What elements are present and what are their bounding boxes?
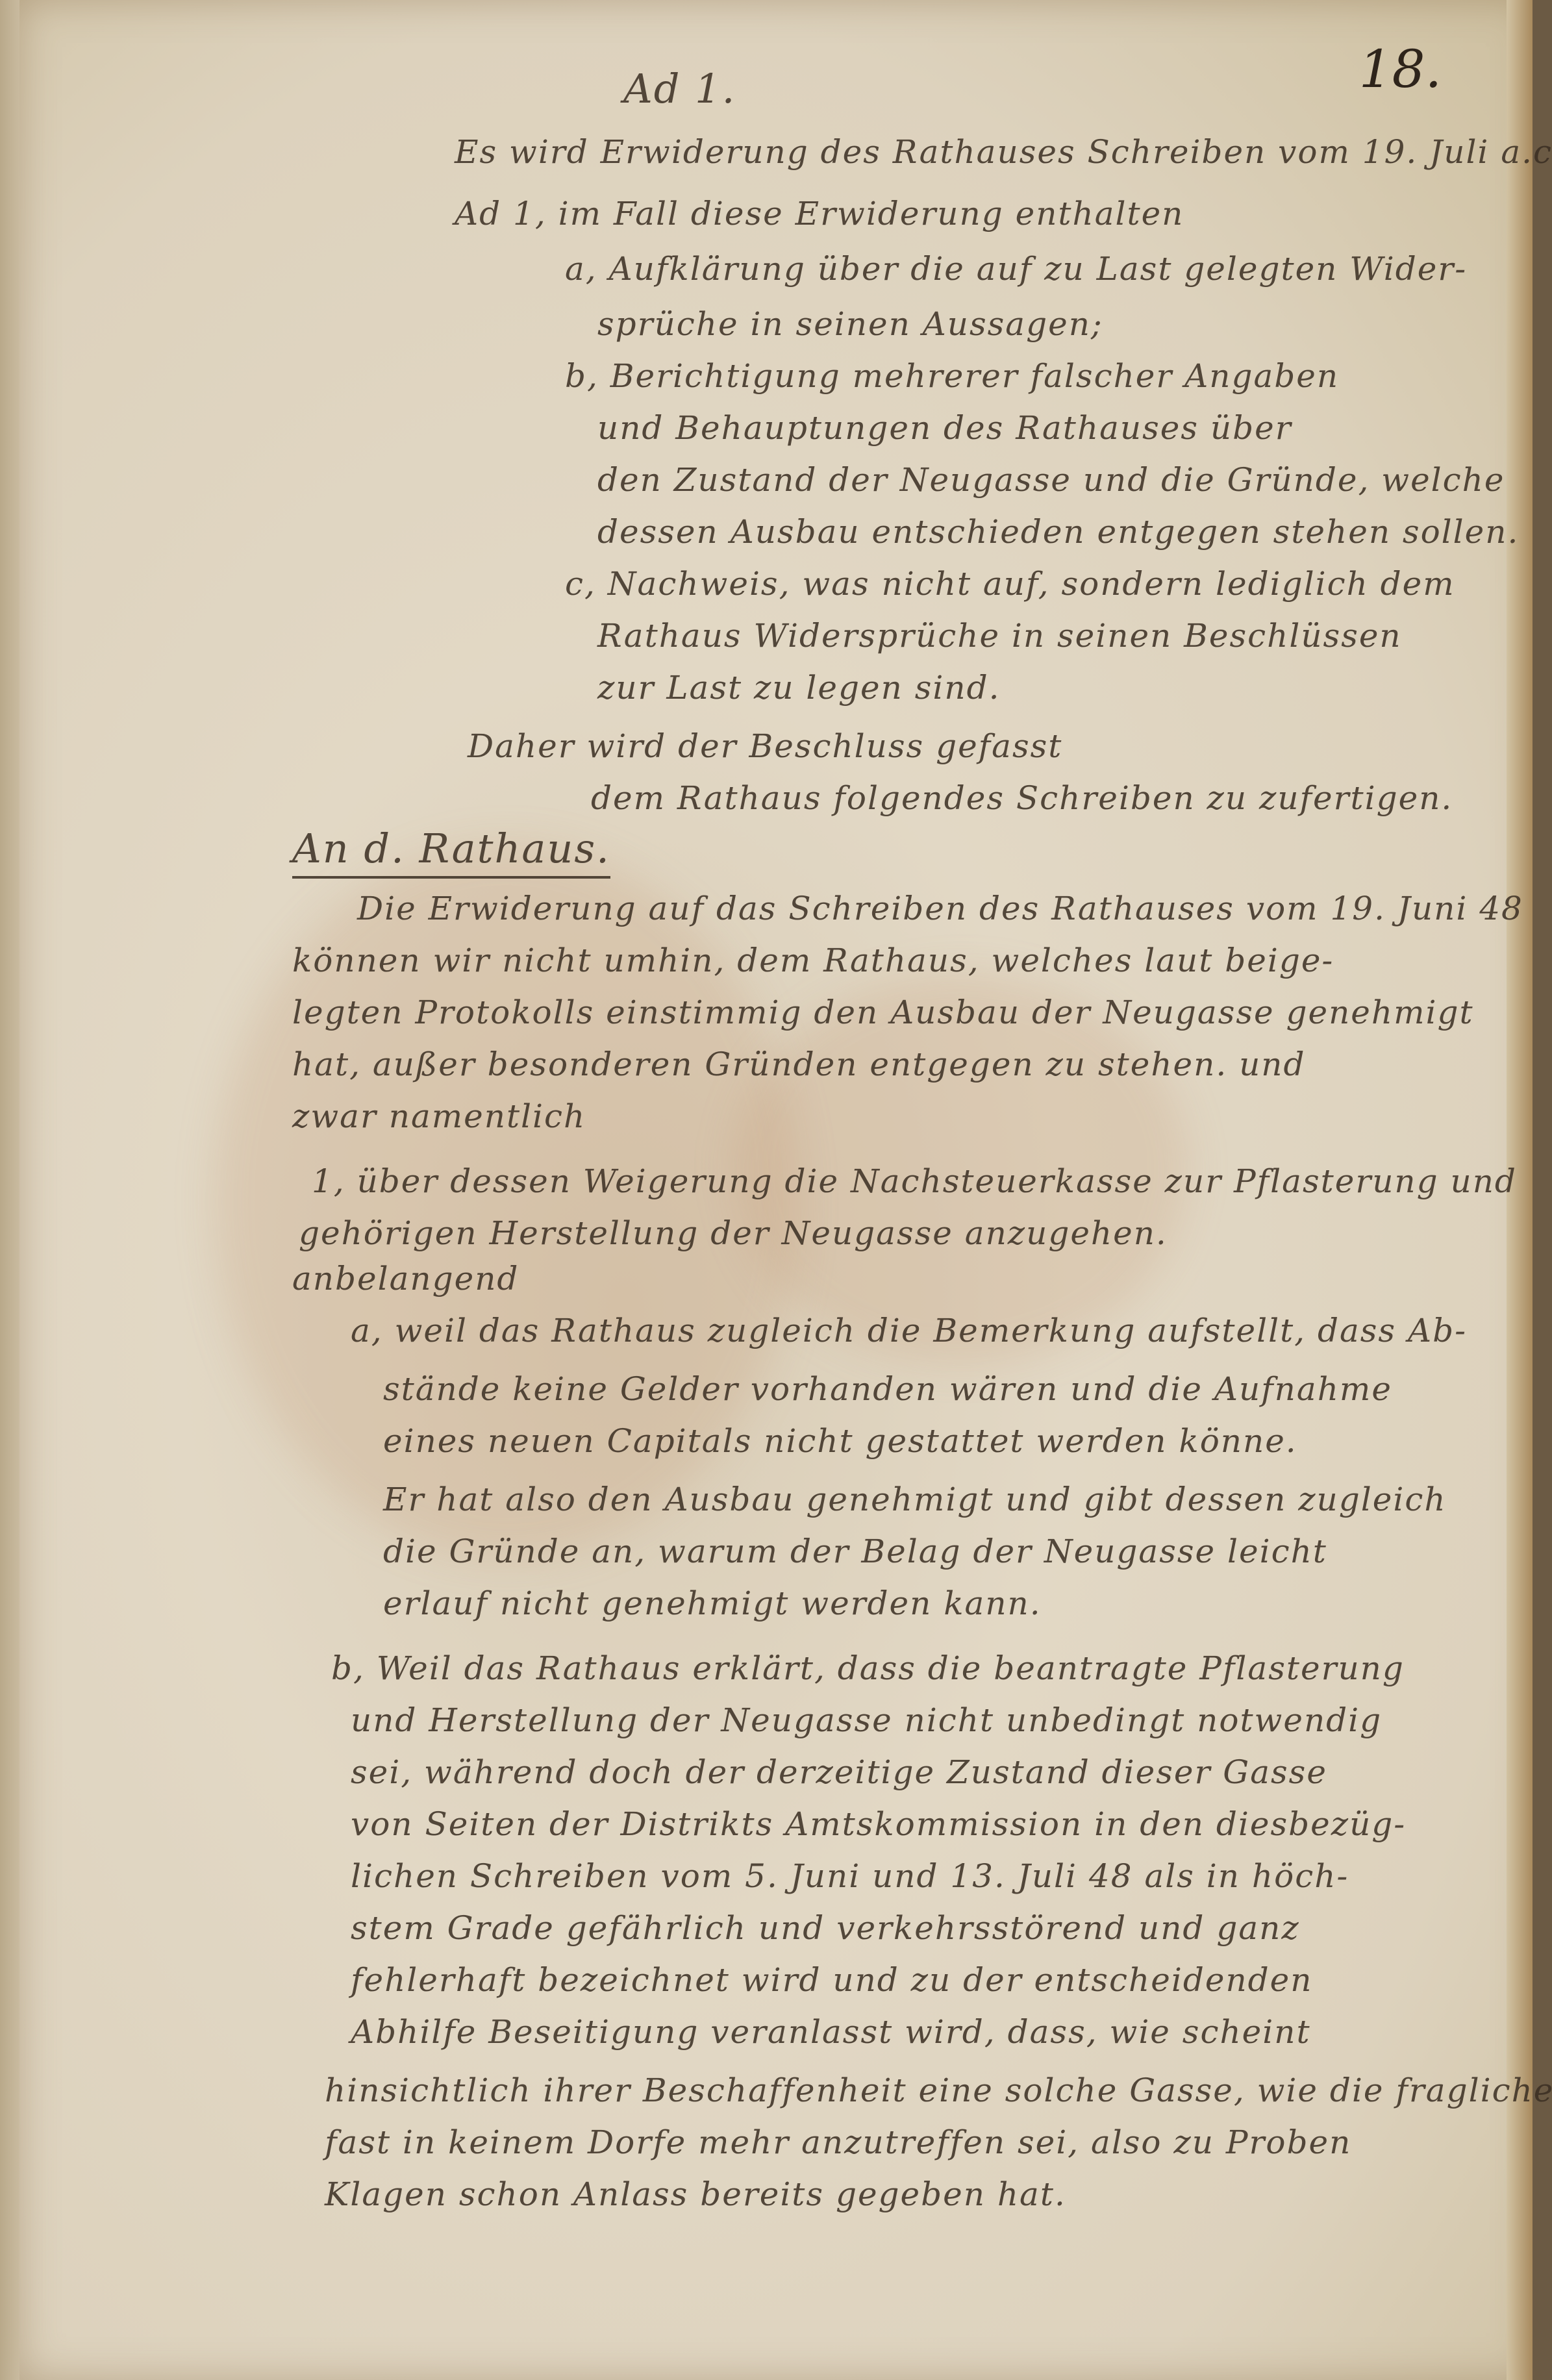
text-line: a, Aufklärung über die auf zu Last geleg… — [565, 250, 1467, 288]
text-line: sei, während doch der derzeitige Zustand… — [351, 1753, 1327, 1791]
text-line: hat, außer besonderen Gründen entgegen z… — [292, 1046, 1306, 1083]
text-line: eines neuen Capitals nicht gestattet wer… — [383, 1422, 1297, 1460]
text-line: stände keine Gelder vorhanden wären und … — [383, 1370, 1392, 1408]
text-line: können wir nicht umhin, dem Rathaus, wel… — [292, 942, 1334, 979]
text-line: die Gründe an, warum der Belag der Neuga… — [383, 1533, 1327, 1570]
text-line: hinsichtlich ihrer Beschaffenheit eine s… — [325, 2072, 1552, 2109]
text-line: erlauf nicht genehmigt werden kann. — [383, 1585, 1042, 1622]
folio-number: 18. — [1359, 39, 1442, 99]
text-line: Rathaus Widersprüche in seinen Beschlüss… — [597, 617, 1402, 655]
text-line: Klagen schon Anlass bereits gegeben hat. — [325, 2175, 1066, 2213]
text-line: dessen Ausbau entschieden entgegen stehe… — [597, 513, 1519, 551]
text-line: c, Nachweis, was nicht auf, sondern ledi… — [565, 565, 1455, 603]
text-line: Daher wird der Beschluss gefasst — [468, 727, 1062, 765]
text-line: Abhilfe Beseitigung veranlasst wird, das… — [351, 2013, 1311, 2051]
text-line: Ad 1, im Fall diese Erwiderung enthalten — [455, 195, 1184, 232]
text-line: gehörigen Herstellung der Neugasse anzug… — [299, 1214, 1168, 1252]
text-line: von Seiten der Distrikts Amtskommission … — [351, 1805, 1406, 1843]
section-heading: An d. Rathaus. — [292, 825, 610, 879]
text-line: b, Berichtigung mehrerer falscher Angabe… — [565, 357, 1339, 395]
text-line: den Zustand der Neugasse und die Gründe,… — [597, 461, 1505, 499]
text-line: anbelangend — [292, 1260, 519, 1297]
text-line: sprüche in seinen Aussagen; — [597, 305, 1103, 343]
text-line: stem Grade gefährlich und verkehrsstören… — [351, 1909, 1300, 1947]
text-line: zur Last zu legen sind. — [597, 669, 1000, 707]
text-line: fast in keinem Dorfe mehr anzutreffen se… — [325, 2123, 1351, 2161]
text-line: Es wird Erwiderung des Rathauses Schreib… — [455, 133, 1552, 171]
heading: Ad 1. — [623, 65, 736, 112]
text-line: 1, über dessen Weigerung die Nachsteuerk… — [312, 1162, 1517, 1200]
text-line: Die Erwiderung auf das Schreiben des Rat… — [357, 890, 1523, 927]
text-line: a, weil das Rathaus zugleich die Bemerku… — [351, 1312, 1467, 1349]
text-line: zwar namentlich — [292, 1097, 586, 1135]
text-line: lichen Schreiben vom 5. Juni und 13. Jul… — [351, 1857, 1349, 1895]
text-line: und Herstellung der Neugasse nicht unbed… — [351, 1701, 1382, 1739]
text-line: fehlerhaft bezeichnet wird und zu der en… — [351, 1961, 1312, 1999]
text-line: und Behauptungen des Rathauses über — [597, 409, 1292, 447]
text-line: legten Protokolls einstimmig den Ausbau … — [292, 994, 1474, 1031]
text-line: Er hat also den Ausbau genehmigt und gib… — [383, 1481, 1447, 1518]
text-line: dem Rathaus folgendes Schreiben zu zufer… — [591, 779, 1453, 817]
manuscript-page: 18. Ad 1. Es wird Erwiderung des Rathaus… — [19, 0, 1533, 2380]
text-line: b, Weil das Rathaus erklärt, dass die be… — [331, 1649, 1405, 1687]
